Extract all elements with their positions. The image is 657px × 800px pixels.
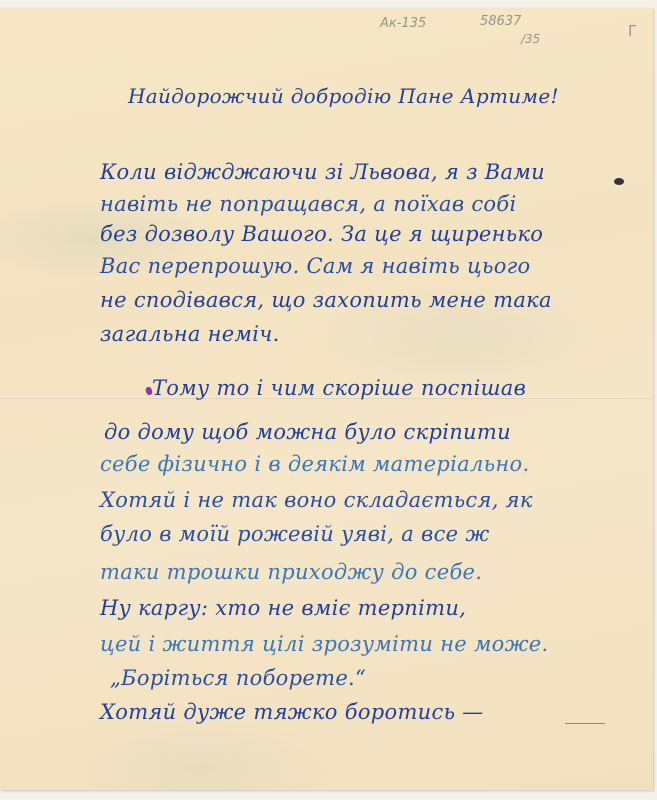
ink-smudge (614, 178, 624, 185)
letter-line: було в моїй рожевій уяві, а все ж (100, 522, 490, 546)
pencil-dash (565, 723, 605, 724)
archive-signature-code: Ак-135 (380, 16, 426, 31)
letter-line: Тому то і чим скоріше поспішав (152, 376, 526, 400)
letter-line: Хотяй дуже тяжко боротись — (100, 700, 484, 724)
letter-line: загальна неміч. (100, 322, 280, 346)
letter-line: навіть не попращався, а поїхав собі (100, 192, 516, 216)
letter-line: Вас перепрошую. Сам я навіть цього (100, 254, 531, 278)
letter-line: себе фізично і в деякім матеріально. (100, 452, 529, 476)
archive-inventory-number: 58637 (480, 14, 521, 29)
letter-line: Хотяй і не так воно складається, як (100, 488, 533, 512)
letter-salutation: Найдорожчий добродію Пане Артиме! (128, 84, 559, 108)
archive-inventory-fraction: /35 (521, 32, 540, 46)
letter-line: „Боріться поборете.“ (110, 666, 366, 690)
letter-line: без дозволу Вашого. За це я щиренько (100, 222, 543, 246)
letter-line: таки трошки приходжу до себе. (100, 560, 482, 584)
letter-line: Ну каргу: хто не вміє терпіти, (100, 596, 466, 620)
letter-line: цей і життя цілі зрозуміти не може. (100, 632, 549, 656)
page-mark: Г (628, 22, 637, 40)
letter-line: до дому щоб можна було скріпити (104, 420, 511, 444)
letter-line: не сподівався, що захопить мене така (100, 288, 552, 312)
letter-line: Коли віджджаючи зі Львова, я з Вами (100, 160, 545, 184)
